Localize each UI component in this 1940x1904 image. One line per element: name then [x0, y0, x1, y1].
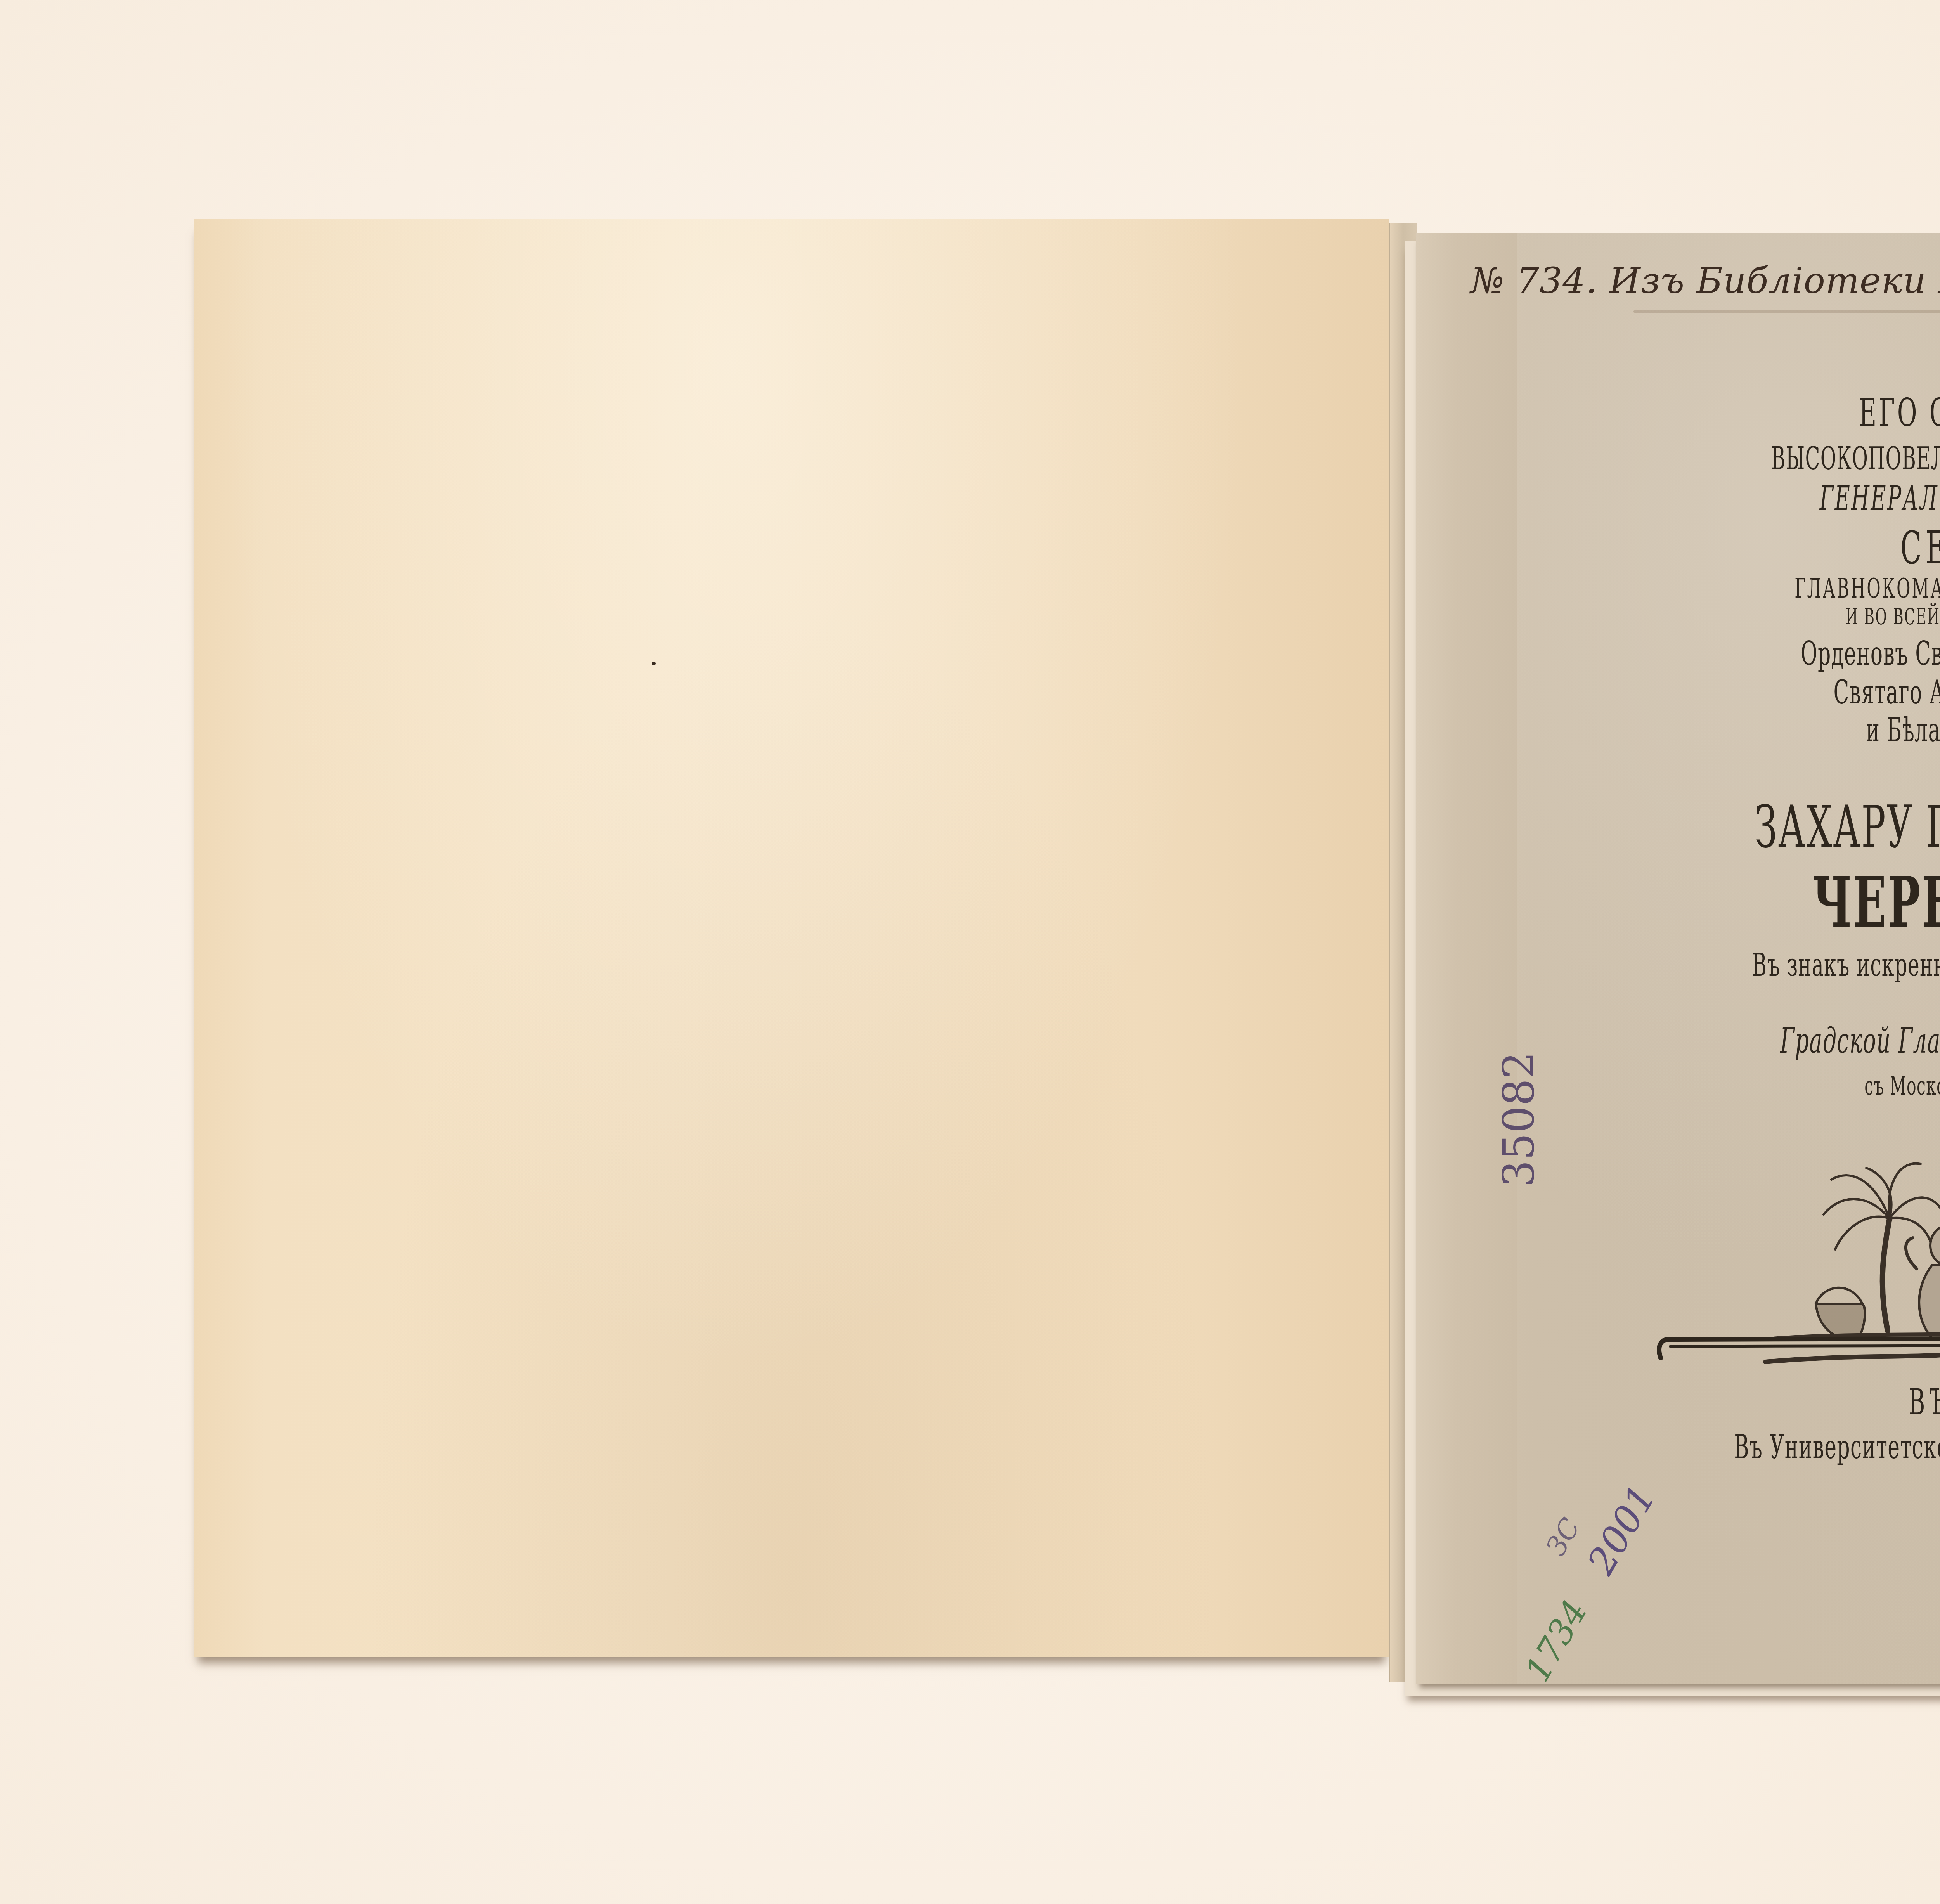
title-line-general: ГЕНЕРАЛЪ-ФЕЛЬДМАРШАЛУ, — [1416, 479, 1940, 518]
title-line-surname: ЧЕРНЫШЕВУ. — [1416, 861, 1940, 943]
title-line-grafu: ГРАФУ — [1416, 749, 1940, 794]
title-line-ordenov: Орденовъ Святаго Апостола Андрея, — [1416, 634, 1940, 672]
title-page: № 734. Изъ Библіотеки Высшаго Училища. Р… — [1416, 233, 1940, 1684]
ink-speck — [652, 662, 656, 665]
title-line-vsei: И ВО ВСЕЙ ГУБЕРНІИ МОСКОВСКОЙ, — [1416, 603, 1940, 630]
title-oda: ОДА — [1416, 320, 1940, 393]
title-line-name: ЗАХАРУ ГРИГОРЬЕВИЧУ — [1416, 793, 1940, 861]
pencil-mark-zs: ЗС — [1540, 1512, 1587, 1561]
dedication-author: Градской Глава Демидъ Мещаниновъ — [1416, 1020, 1940, 1061]
provenance-inscription: № 734. Изъ Библіотеки Высшаго Училища. — [1471, 260, 1940, 301]
dedication-line-3: съ Московскимъ Купечествомъ. — [1416, 1071, 1940, 1101]
title-line-belago: и Бѣлаго Орла Кавалеру, — [1416, 711, 1940, 749]
imprint-year: 1782 года. — [1416, 1471, 1940, 1509]
green-ink-mark: 1734 — [1517, 1593, 1595, 1684]
dedication-line-1: Въ знакъ искренняго усердія и благодарно… — [1416, 947, 1940, 984]
title-line-glavno: ГЛАВНОКОМАНДУЮЩЕМУ ВЪ МОСКВѢ, — [1416, 572, 1940, 604]
scanned-book-spread: № 734. Изъ Библіотеки Высшаго Училища. Р… — [0, 0, 1940, 1904]
ink-smudge — [1633, 310, 1940, 313]
title-line-ego: ЕГО СІЯТЕЛЬСТВУ, — [1416, 390, 1940, 435]
imprint-printer: Въ Университетской Типографіи, у Н. Нови… — [1416, 1428, 1940, 1466]
dedication-line-2: подносятъ — [1416, 984, 1940, 1018]
imprint-place: ВЪ МОСКВѢ. — [1416, 1381, 1940, 1423]
left-blank-page — [194, 219, 1389, 1657]
title-line-vysoko: ВЫСОКОПОВЕЛИТЕЛЬНОМУ ГОСПОДИНУ — [1416, 440, 1940, 476]
title-line-svyatago: Святаго Александра Невскаго, — [1416, 673, 1940, 711]
ornamental-rule-icon — [1653, 1331, 1940, 1362]
title-line-senator: СЕНАТОРУ, — [1416, 522, 1940, 574]
